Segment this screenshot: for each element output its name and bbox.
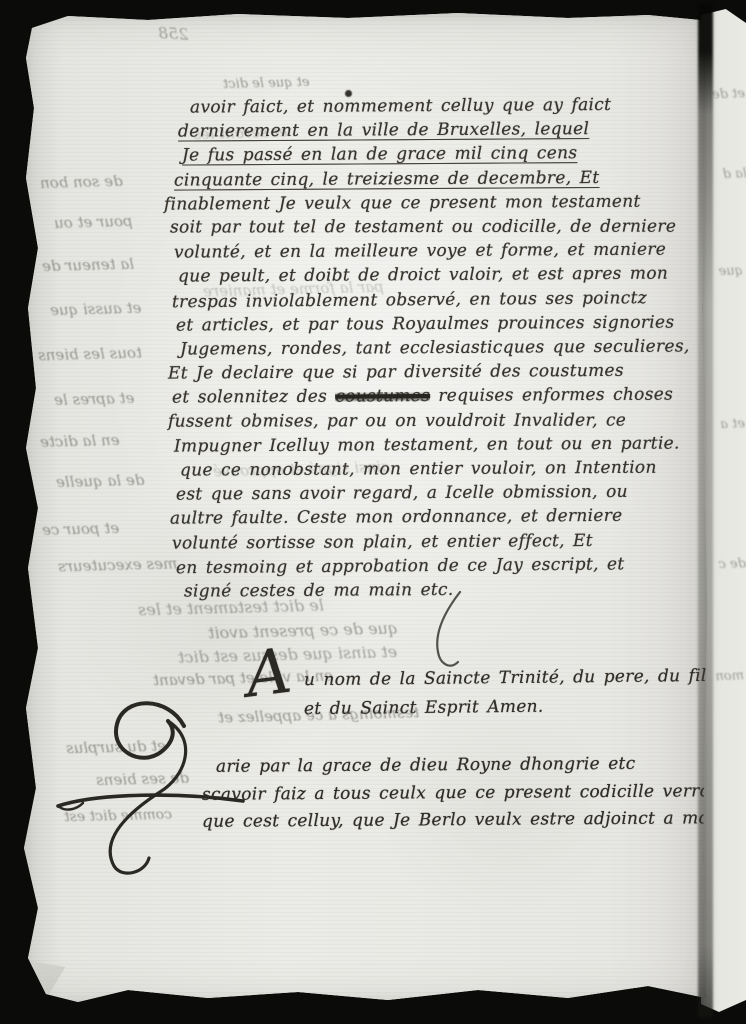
manuscript-line: que peult, et doibt de droict valoir, et… — [178, 262, 690, 289]
invocation-paragraph: u nom de la Saincte Trinité, du pere, du… — [304, 664, 716, 722]
paraph-flourish — [416, 590, 476, 680]
bleedthrough-fragment: pour et ou — [54, 212, 133, 232]
corner-fold-mark — [12, 944, 74, 1008]
bleedthrough-fragment: et pour ce — [42, 519, 120, 539]
manuscript-line: Jugemens, rondes, tant ecclesiasticques … — [180, 334, 690, 361]
manuscript-line: cinquante cinq, le treiziesme de decembr… — [174, 165, 690, 192]
manuscript-line: fussent obmises, par ou on vouldroit Inv… — [168, 408, 690, 434]
manuscript-line: soit par tout tel de testament ou codici… — [170, 215, 690, 240]
bleedthrough-fragment: que de ce present avoit — [208, 619, 398, 643]
bleedthrough-fragment: de la quelle — [56, 471, 145, 491]
manuscript-line: Impugner Icelluy mon testament, en tout … — [174, 431, 690, 458]
bleedthrough-fragment: tous les biens — [38, 344, 142, 365]
manuscript-line: trespas inviolablement observé, en tous … — [172, 285, 690, 314]
manuscript-line: et solennitez des coustumes requises enf… — [172, 383, 690, 410]
codicil-paragraph: arie par la grace de dieu Royne dhongrie… — [216, 752, 729, 835]
scan-background: et de la d que et a de c mon 258 et que … — [0, 0, 746, 1024]
bleedthrough-fragment: la teneur de — [42, 255, 134, 275]
manuscript-line: et articles, et par tous Royaulmes proui… — [176, 310, 690, 337]
manuscript-line: et du Sainct Esprit Amen. — [304, 691, 716, 724]
manuscript-line: Je fus passé en lan de grace mil cinq ce… — [182, 141, 690, 168]
page-gutter-shadow — [698, 4, 713, 1018]
manuscript-line: dernierement en la ville de Bruxelles, l… — [178, 117, 690, 144]
manuscript-line: que ce nonobstant, mon entier vouloir, o… — [180, 455, 690, 482]
manuscript-line: finablement Je veulx que ce present mon … — [164, 189, 690, 216]
bleedthrough-fragment: de son bon — [40, 172, 123, 192]
line-segment: requises enformes choses — [430, 385, 673, 406]
ink-blot — [345, 90, 352, 97]
manuscript-line: scavoir faiz a tous ceulx que ce present… — [202, 778, 729, 809]
folio-number-bleedthrough: 258 — [158, 23, 189, 44]
manuscript-line: u nom de la Saincte Trinité, du pere, du… — [304, 662, 716, 695]
bleedthrough-fragment: et que le dict — [223, 75, 310, 92]
manuscript-line: aultre faulte. Ceste mon ordonnance, et … — [170, 504, 690, 531]
manuscript-line: que cest celluy, que Je Berlo veulx estr… — [202, 805, 729, 836]
bleedthrough-fragment: en la dicte — [40, 431, 120, 451]
manuscript-page: 258 et que le dict de son bon pour et ou… — [8, 8, 710, 1010]
manuscript-line: volunté sortisse son plain, et entier ef… — [172, 528, 690, 555]
line-segment: et solennitez des — [172, 387, 335, 408]
initial-a: A — [242, 640, 294, 707]
bleedthrough-fragment: et aussi que — [50, 299, 142, 319]
manuscript-line: arie par la grace de dieu Royne dhongrie… — [216, 750, 729, 781]
bleedthrough-fragment: mes executeurs — [58, 554, 178, 575]
bleedthrough-fragment: et apres le — [54, 389, 135, 409]
manuscript-text-block: avoir faict, et nommement celluy que ay … — [178, 94, 690, 602]
manuscript-line: avoir faict, et nommement celluy que ay … — [190, 92, 690, 119]
struck-word: coustumes — [335, 386, 430, 407]
manuscript-line: volunté, et en la meilleure voye et form… — [174, 238, 690, 265]
